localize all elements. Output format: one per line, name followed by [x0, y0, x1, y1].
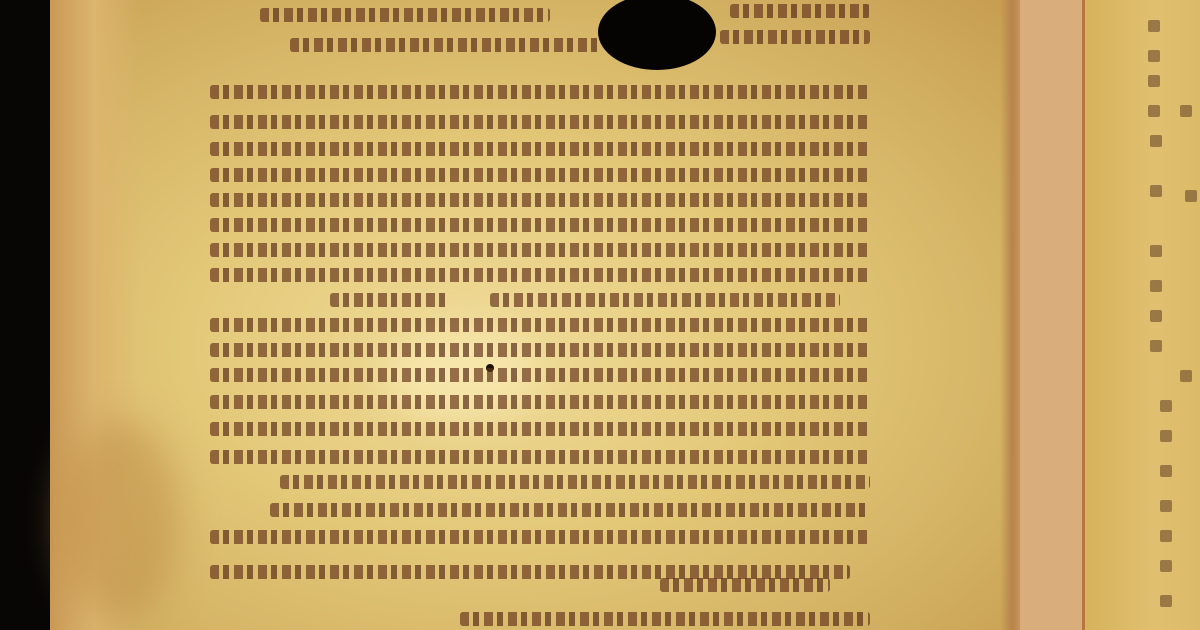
gutter-shadow: [1000, 0, 1020, 630]
adjacent-page: [1086, 0, 1200, 630]
stain: [60, 420, 180, 620]
dark-background: [0, 0, 50, 630]
binding-strip: [1020, 0, 1086, 630]
binding-crack: [1082, 0, 1085, 630]
